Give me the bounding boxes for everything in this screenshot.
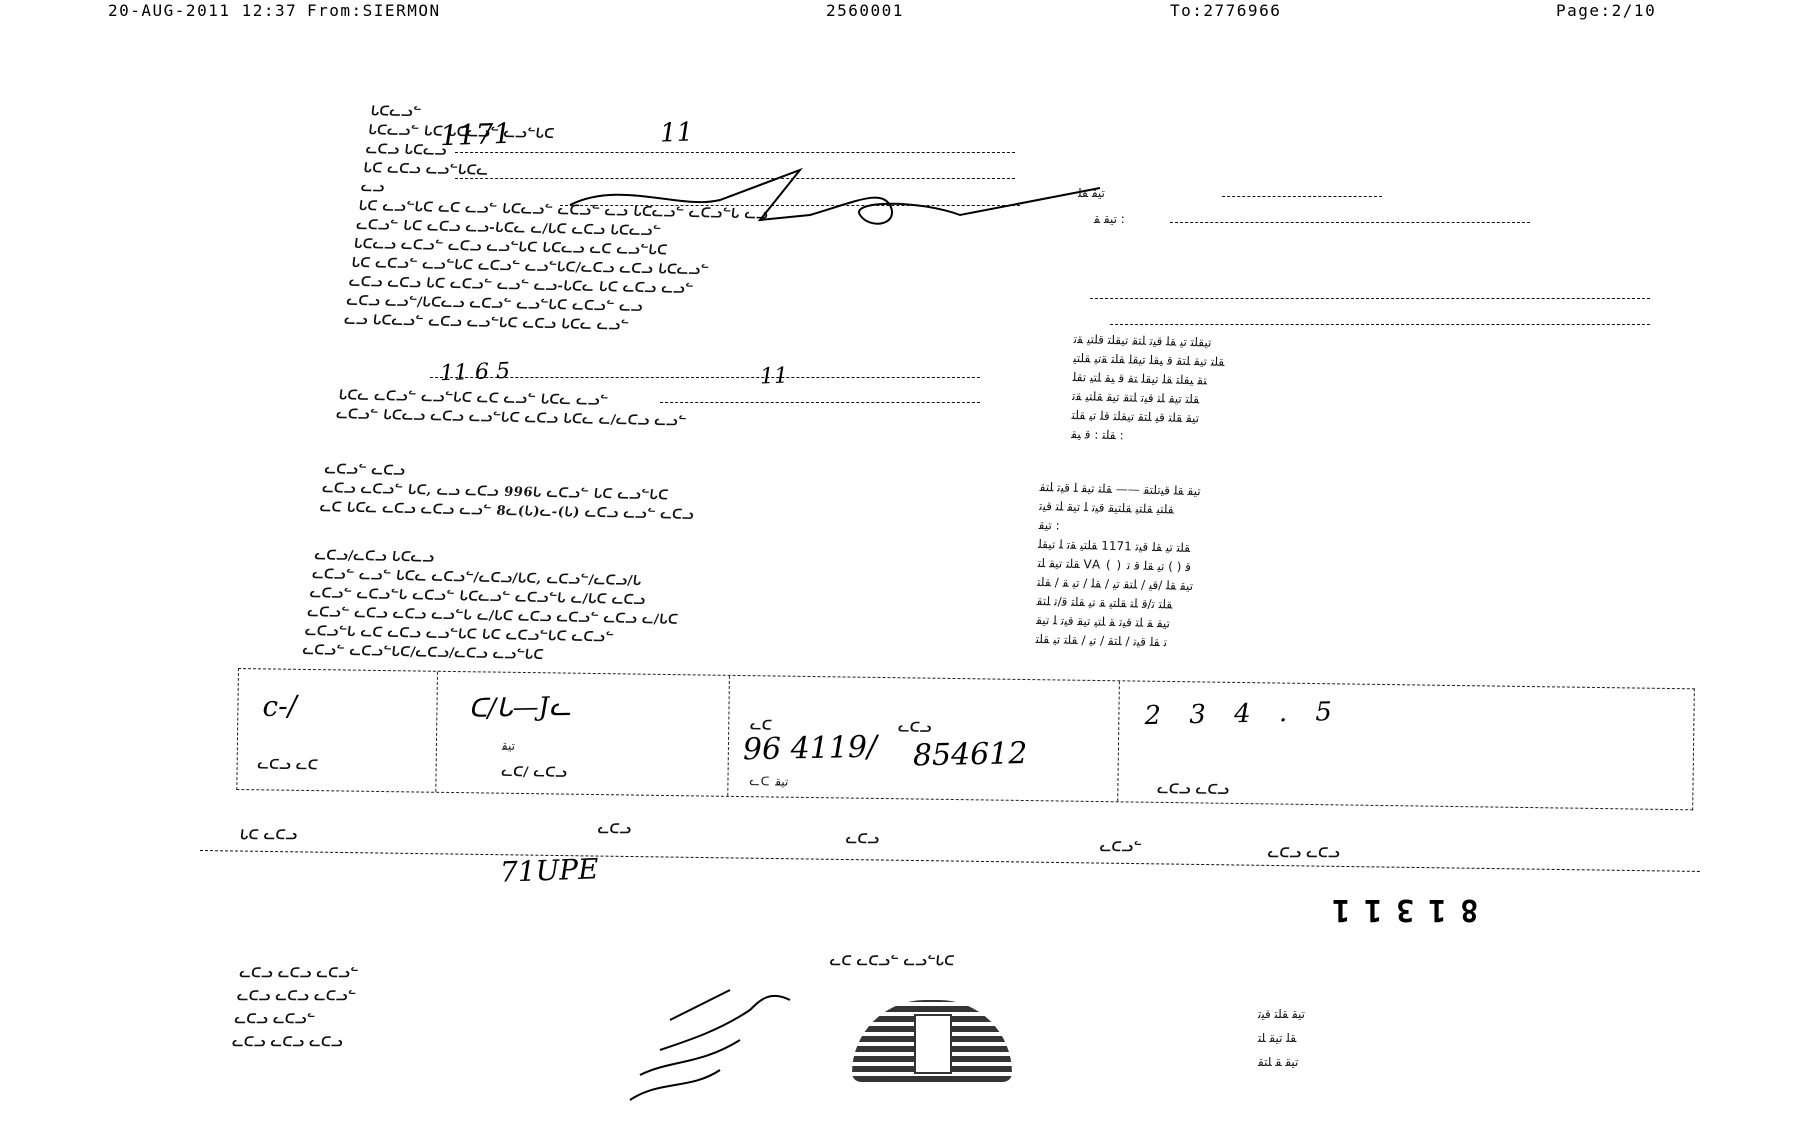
table-cell-2-label: ᓚᑕ/ ᓚᑕᓗ <box>500 763 568 783</box>
right-form-block-2: ﺗﻴﻘ ﻘﻠ ﻗﻴﺗﻠﺘﻘ —— ﻘﻠﺘ ﺗﻴﻘ ﻠ ﻗﻴﺗ ﻠﺘﻘ ﻘﻠﺘﻴ … <box>1036 478 1201 653</box>
table-cell-1-label: ᓚᑕᓗ ᓚᑕ <box>257 755 320 775</box>
table-divider <box>435 672 438 792</box>
form-data-table: c-/ ᓚᑕᓗ ᓚᑕ ᑕ/ᒐ—Jᓚ ﺗﻴﻘ ᓚᑕ/ ᓚᑕᓗ ᓚᑕ ᓚᑕᓗ 96 … <box>236 668 1695 810</box>
handwritten-bottom-value: 71UPE <box>499 852 599 888</box>
table-cell-3-label: ᓚᑕ ﺗﻴﻘ <box>749 772 788 792</box>
table-divider <box>727 676 730 796</box>
handwritten-number: 1171 <box>439 117 511 152</box>
right-field-1: ﺗﻴﻘ ﻘﻠ <box>1078 184 1105 203</box>
table-cell-2-label-top: ﺗﻴﻘ <box>502 737 515 756</box>
bottom-label: ᓚᑕᓗ <box>597 820 632 839</box>
fax-page-indicator: Page:2/10 <box>1556 1 1656 20</box>
handwritten-year: 11 <box>760 364 789 390</box>
handwritten-signature-icon <box>600 960 840 1120</box>
left-section-2: ᓚᑕᓗᓪ ᓚᑕᓗ ᓚᑕᓗ ᓚᑕᓗᓪ ᒐᑕ, ᓚᓗ ᓚᑕᓗ 996ᒐ ᓚᑕᓗᓪ ᒐ… <box>319 460 700 525</box>
bottom-center-caption: ᓚᑕ ᓚᑕᓗᓪ ᓚᓗᓪᒐᑕ <box>829 952 955 971</box>
table-cell-1-value: c-/ <box>262 689 297 723</box>
table-cell-4-value: 2 3 4 . 5 <box>1144 697 1342 731</box>
bottom-label: ᓚᑕᓗᓪ <box>1099 838 1143 857</box>
bottom-label: ᓚᑕᓗ <box>845 830 880 849</box>
bottom-left-block: ᓚᑕᓗ ᓚᑕᓗ ᓚᑕᓗᓪ ᓚᑕᓗ ᓚᑕᓗ ᓚᑕᓗᓪ ᓚᑕᓗ ᓚᑕᓗᓪ ᓚᑕᓗ ᓚ… <box>231 962 360 1054</box>
bottom-label: ᒐᑕ ᓚᑕᓗ <box>239 826 298 845</box>
bottom-rule <box>200 850 1700 872</box>
table-divider <box>1117 681 1120 801</box>
table-cell-3-label-right: ᓚᑕᓗ <box>897 718 933 737</box>
left-section-3: ᓚᑕᓗ/ᓚᑕᓗ ᒐᑕᓚᓗ ᓚᑕᓗᓪ ᓚᓗᓪ ᒐᑕᓚ ᓚᑕᓗᓪ/ᓚᑕᓗ/ᒐᑕ, ᓚ… <box>302 546 687 667</box>
signature-stroke-icon <box>560 160 1120 240</box>
id-number-left: 96 4119/ <box>743 730 878 768</box>
bottom-left-line: ᓚᑕᓗ ᓚᑕᓗ ᓚᑕᓗ <box>231 1031 352 1054</box>
bottom-right-line: ﻘﻠ ﺗﻴﻘ ﻠﺘ <box>1258 1026 1305 1050</box>
table-cell-2-value: ᑕ/ᒐ—Jᓚ <box>468 692 571 724</box>
fill-line <box>1090 298 1650 299</box>
right-field-2: ﺗﻴﻘ ﻘ : <box>1094 210 1125 229</box>
fill-line <box>455 152 1015 153</box>
fill-line <box>430 377 980 378</box>
fax-datetime: 20-AUG-2011 12:37 <box>108 1 297 20</box>
fill-line <box>1110 324 1650 325</box>
official-seal-icon <box>852 1000 1012 1082</box>
right-form-block: ﺗﻴﻘﻠﺘ ﺗﻴ ﻘﻠ ﻗﻴﺗ ﻠﺘﻘ ﺗﻴﻘﻠﺘ ﻗﻠﺘﻴ ﻘﺗ ﻘﻠﺘ ﺗﻴ… <box>1071 330 1225 448</box>
bottom-left-line: ᓚᑕᓗ ᓚᑕᓗᓪ <box>234 1008 355 1031</box>
table-cell-4-label: ᓚᑕᓗ ᓚᑕᓗ <box>1156 780 1230 800</box>
handwritten-month: 11 <box>659 117 693 148</box>
fill-line <box>1170 222 1530 223</box>
right-line: ﺗ ﻘﻠ ﻗﻴﺗ / ﻠﺘﻘ / ﺗﻴ / ﻘﻠﺘ ﺗﻴ ﻘﻠﺘ <box>1036 630 1197 653</box>
id-number-right: 854612 <box>913 736 1028 773</box>
fill-line <box>1222 196 1382 197</box>
bottom-label: ᓚᑕᓗ ᓚᑕᓗ <box>1267 844 1341 863</box>
fax-recipient: To:2776966 <box>1170 1 1281 20</box>
fax-page: 20-AUG-2011 12:37 From:SIERMON 2560001 T… <box>0 0 1811 1122</box>
bottom-right-line: ﺗﻴﻘ ﻘ ﻠﺘﻘ <box>1258 1050 1305 1074</box>
bottom-right-block: ﺗﻴﻘ ﻘﻠﺘ ﻗﻴﺗ ﻘﻠ ﺗﻴﻘ ﻠﺘ ﺗﻴﻘ ﻘ ﻠﺘﻘ <box>1258 1002 1305 1074</box>
fill-line <box>660 402 980 403</box>
serial-stamp-number: 81311 <box>1318 892 1478 927</box>
bottom-right-line: ﺗﻴﻘ ﻘﻠﺘ ﻗﻴﺗ <box>1258 1002 1305 1026</box>
bottom-left-line: ᓚᑕᓗ ᓚᑕᓗ ᓚᑕᓗᓪ <box>236 985 357 1008</box>
fax-number: 2560001 <box>826 1 904 20</box>
left-form-block-2: ᒐᑕᓚ ᓚᑕᓗᓪ ᓚᓗᓪᒐᑕ ᓚᑕ ᓚᓗᓪ ᒐᑕᓚ ᓚᓗᓪ ᓚᑕᓗᓪ ᒐᑕᓚᓗ … <box>335 386 690 431</box>
right-line: ﻘﻠﺘ : ﻗ ﻴﻘ : <box>1071 425 1223 448</box>
fax-sender: From:SIERMON <box>307 1 441 20</box>
handwritten-date: 11 6 5 <box>440 359 511 386</box>
bottom-left-line: ᓚᑕᓗ ᓚᑕᓗ ᓚᑕᓗᓪ <box>238 962 359 985</box>
fax-transmission-header: 20-AUG-2011 12:37 From:SIERMON 2560001 T… <box>0 0 1811 22</box>
